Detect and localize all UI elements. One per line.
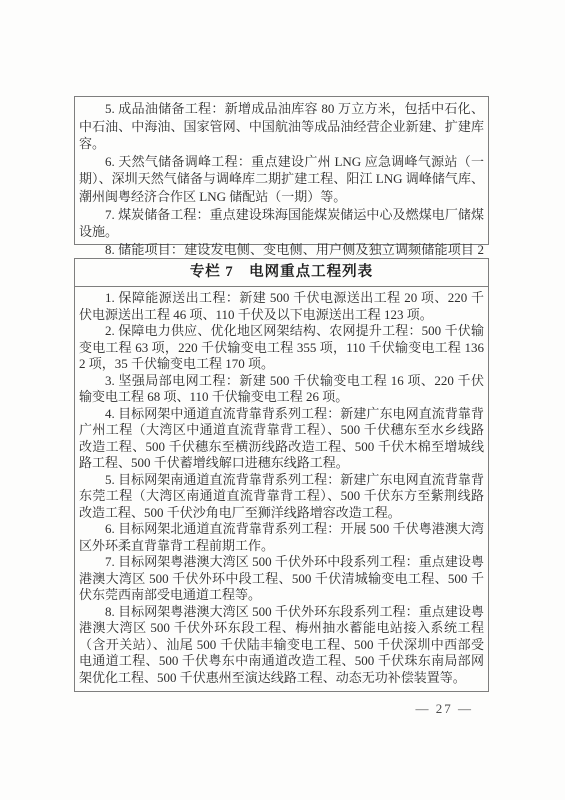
callout-box-body: 5. 成品油储备工程：新增成品油库容 80 万立方米，包括中石化、中石油、中海油… — [75, 97, 488, 278]
box-item-6: 6. 天然气储备调峰工程：重点建设广州 LNG 应急调峰气源站（一期）、深圳天然… — [79, 153, 484, 206]
grid-item-5: 5. 目标网架南通道直流背靠背系列工程：新建广东电网直流背靠背东莞工程（大湾区南… — [79, 472, 484, 522]
callout-box-7-power-grid: 专栏 7 电网重点工程列表 1. 保障能源送出工程：新建 500 千伏电源送出工… — [74, 258, 489, 692]
box-title: 专栏 7 电网重点工程列表 — [75, 259, 488, 287]
box-item-7: 7. 煤炭储备工程：重点建设珠海国能煤炭储运中心及燃煤电厂储煤设施。 — [79, 206, 484, 241]
box-item-5: 5. 成品油储备工程：新增成品油库容 80 万立方米，包括中石化、中石油、中海油… — [79, 100, 484, 153]
grid-item-8: 8. 目标网架粤港澳大湾区 500 千伏外环东段系列工程：重点建设粤港澳大湾区 … — [79, 604, 484, 687]
document-page: 5. 成品油储备工程：新增成品油库容 80 万立方米，包括中石化、中石油、中海油… — [0, 0, 565, 800]
grid-item-6: 6. 目标网架北通道直流背靠背系列工程：开展 500 千伏粤港澳大湾区外环柔直背… — [79, 521, 484, 554]
grid-item-2: 2. 保障电力供应、优化地区网架结构、农网提升工程：500 千伏输变电工程 63… — [79, 323, 484, 373]
callout-box-body: 1. 保障能源送出工程：新建 500 千伏电源送出工程 20 项、220 千伏电… — [75, 287, 488, 688]
grid-item-7: 7. 目标网架粤港澳大湾区 500 千伏外环中段系列工程：重点建设粤港澳大湾区 … — [79, 554, 484, 604]
page-number: — 27 — — [416, 701, 474, 717]
grid-item-3: 3. 坚强局部电网工程：新建 500 千伏输变电工程 16 项、220 千伏输变… — [79, 373, 484, 406]
callout-box-energy-storage: 5. 成品油储备工程：新增成品油库容 80 万立方米，包括中石化、中石油、中海油… — [74, 96, 489, 245]
grid-item-1: 1. 保障能源送出工程：新建 500 千伏电源送出工程 20 项、220 千伏电… — [79, 290, 484, 323]
grid-item-4: 4. 目标网架中通道直流背靠背系列工程：新建广东电网直流背靠背广州工程（大湾区中… — [79, 406, 484, 472]
